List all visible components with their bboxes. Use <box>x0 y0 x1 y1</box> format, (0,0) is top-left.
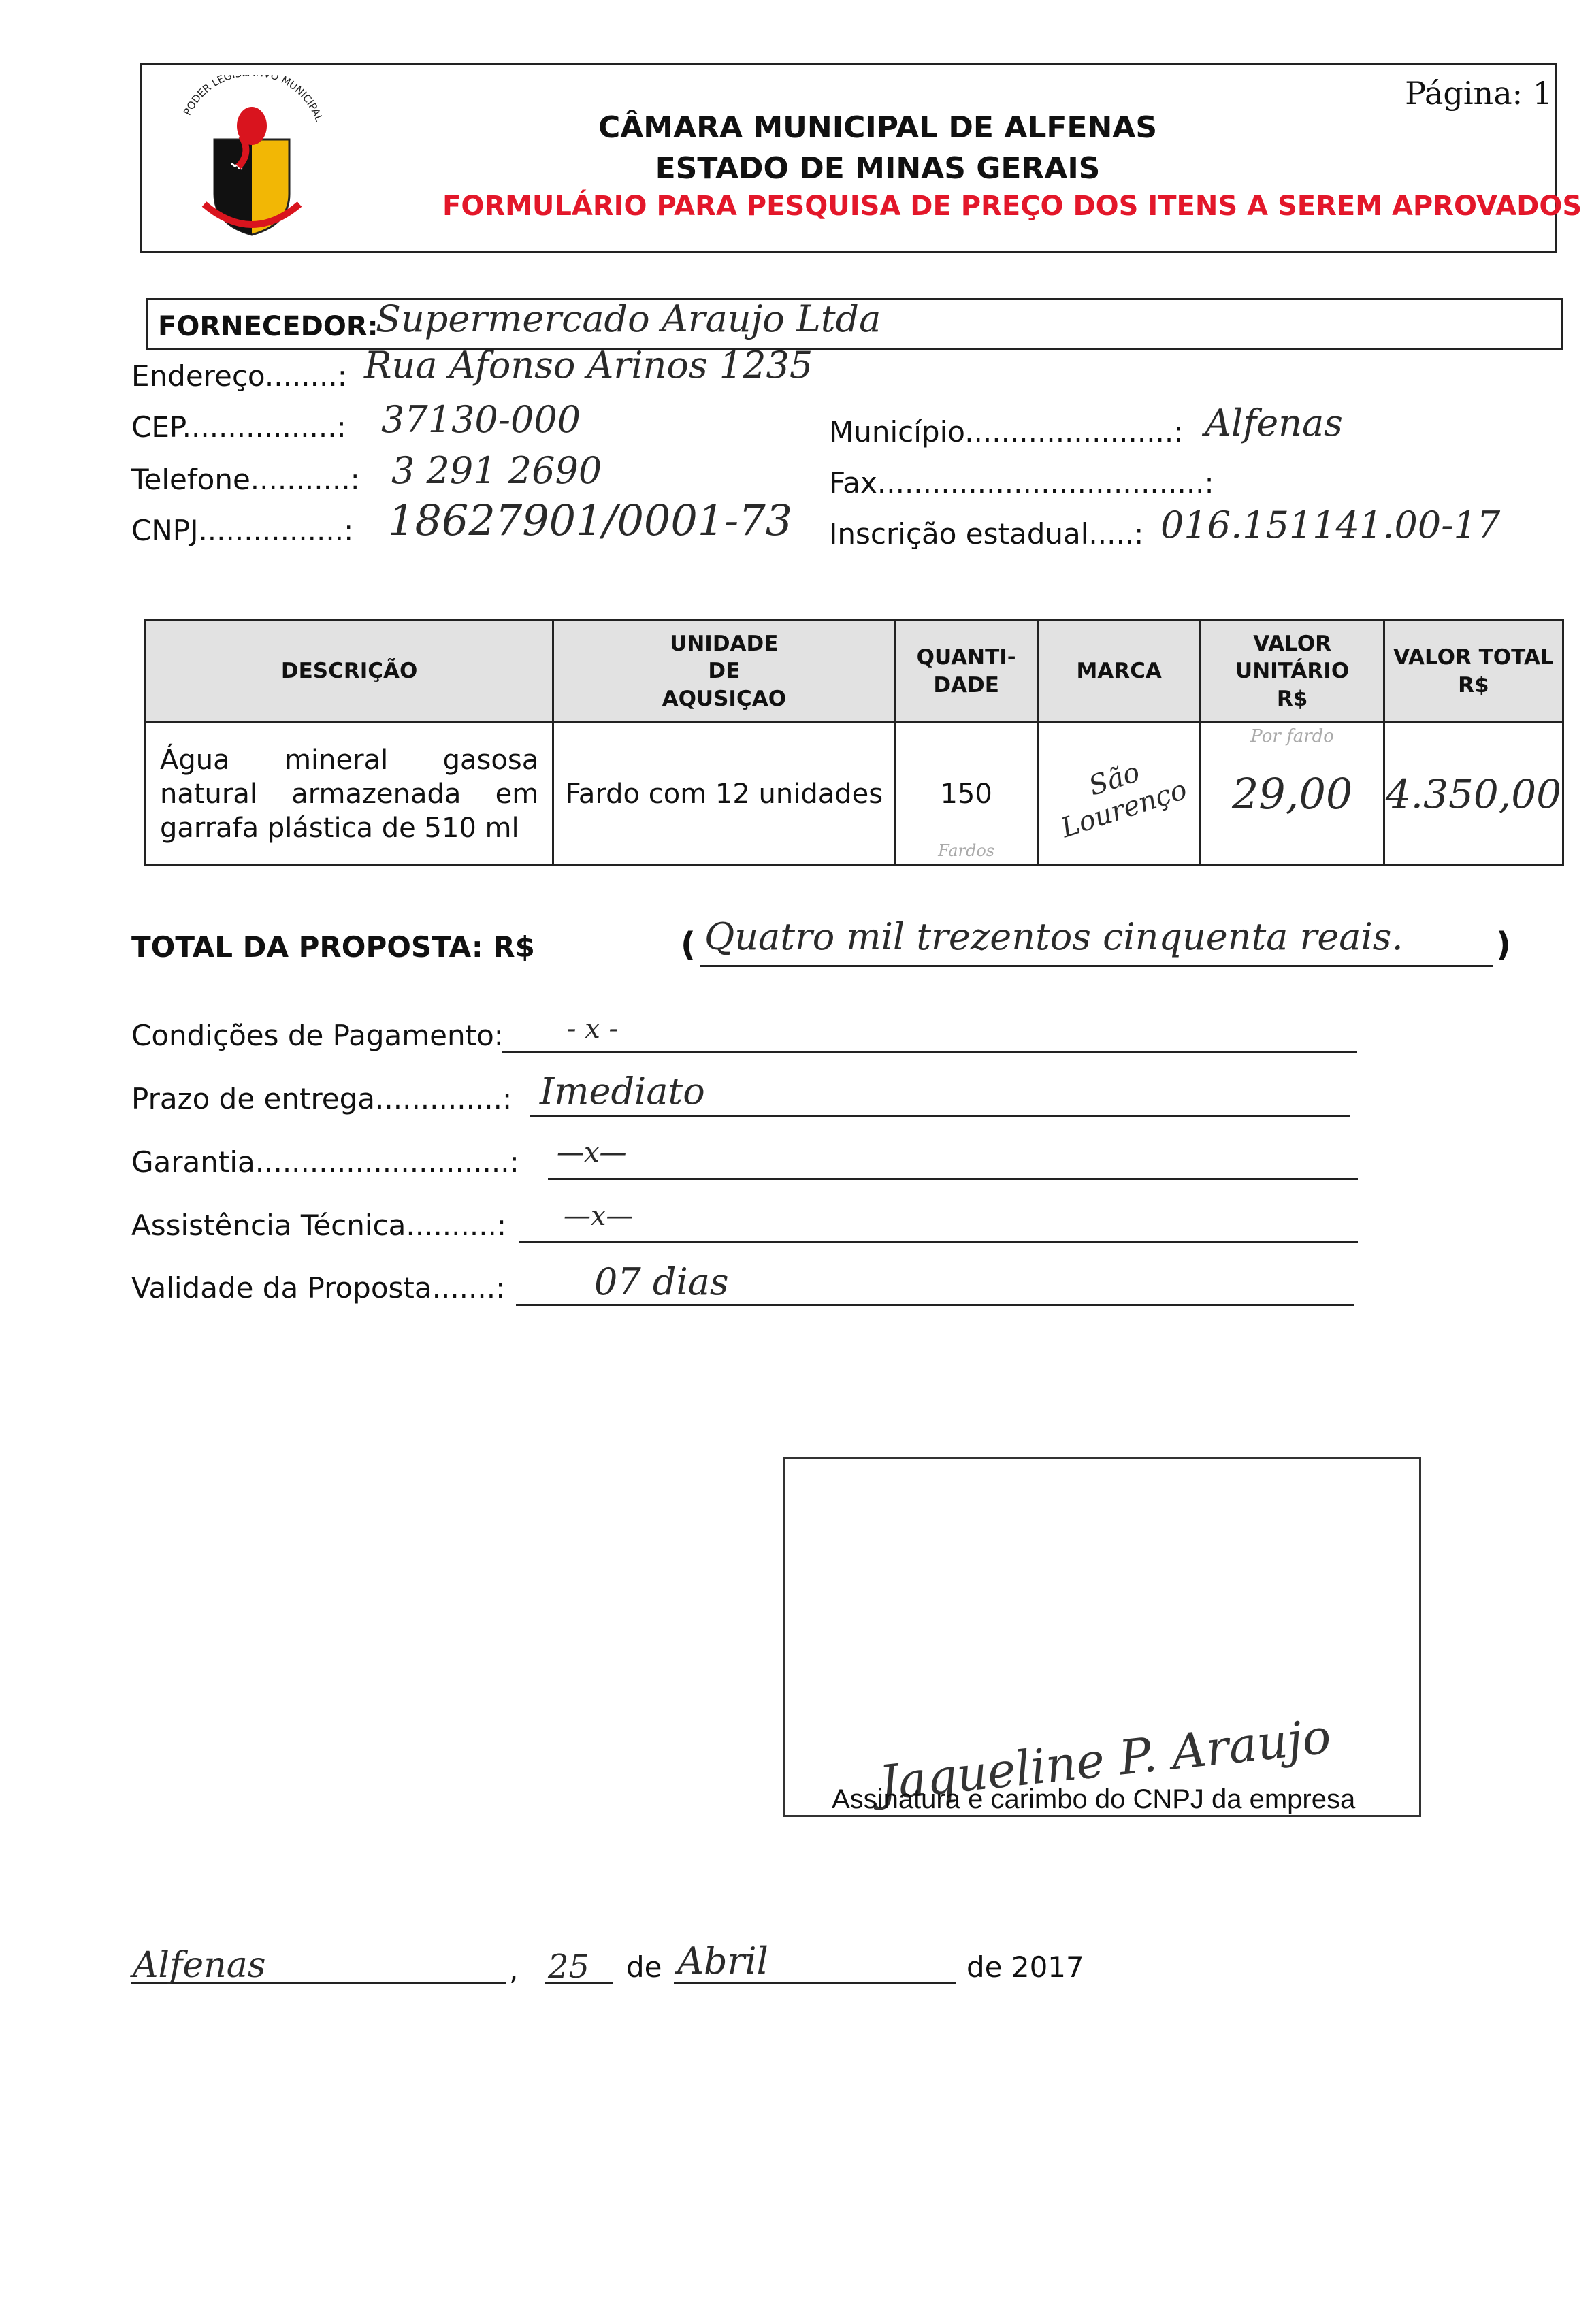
date-year-label: de 2017 <box>966 1950 1084 1984</box>
fax-label: Fax....................................: <box>829 466 1214 500</box>
total-line <box>700 965 1493 967</box>
validity-line <box>516 1304 1354 1306</box>
total-close-paren: ) <box>1496 926 1511 964</box>
item-total-cell[interactable]: 4.350,00 <box>1384 723 1563 866</box>
page-number: Página: 1 <box>1405 75 1553 112</box>
warranty-line <box>548 1178 1358 1180</box>
col-header-unit-price: VALOR UNITÁRIO R$ <box>1201 621 1384 723</box>
state-title: ESTADO DE MINAS GERAIS <box>82 151 1592 186</box>
col-header-brand: MARCA <box>1037 621 1201 723</box>
form-subtitle: FORMULÁRIO PARA PESQUISA DE PREÇO DOS IT… <box>442 191 1582 222</box>
supplier-name-value[interactable]: Supermercado Araujo Ltda <box>376 297 881 340</box>
state-registration-value[interactable]: 016.151141.00-17 <box>1160 504 1500 546</box>
item-brand: São Lourenço <box>1033 740 1205 849</box>
tech-assistance-label: Assistência Técnica..........: <box>131 1209 506 1242</box>
cnpj-label: CNPJ................: <box>131 514 353 547</box>
condition-warranty: Garantia............................: —x… <box>131 1145 1357 1179</box>
item-unit-price-note: Por fardo <box>1201 726 1382 747</box>
date-city-value[interactable]: Alfenas <box>133 1945 265 1986</box>
items-table: DESCRIÇÃO UNIDADE DE AQUSIÇAO QUANTI- DA… <box>144 619 1564 866</box>
municipality-label: Município.......................: <box>829 415 1183 448</box>
col-header-description: DESCRIÇÃO <box>146 621 553 723</box>
payment-terms-line <box>502 1051 1357 1053</box>
cnpj-value[interactable]: 18627901/0001-73 <box>388 495 792 545</box>
supplier-label: FORNECEDOR: <box>158 311 378 342</box>
condition-tech-assistance: Assistência Técnica..........: —x— <box>131 1209 1357 1242</box>
institution-title: CÂMARA MUNICIPAL DE ALFENAS <box>82 110 1592 145</box>
delivery-time-value[interactable]: Imediato <box>540 1070 705 1113</box>
payment-terms-value[interactable]: - x - <box>567 1013 618 1045</box>
condition-delivery: Prazo de entrega..............: Imediato <box>131 1082 1357 1115</box>
table-row: Água mineral gasosa natural armazenada e… <box>146 723 1563 866</box>
condition-payment: Condições de Pagamento: - x - <box>131 1019 1357 1052</box>
validity-value[interactable]: 07 dias <box>594 1260 729 1303</box>
item-quantity: 150 <box>896 779 1035 810</box>
date-month-value[interactable]: Abril <box>677 1940 768 1982</box>
date-de-label: de <box>626 1950 662 1984</box>
item-description: Água mineral gasosa natural armazenada e… <box>146 723 553 866</box>
item-brand-cell[interactable]: São Lourenço <box>1037 723 1201 866</box>
item-unit-price: 29,00 <box>1202 769 1382 819</box>
item-unit: Fardo com 12 unidades <box>553 723 895 866</box>
warranty-label: Garantia............................: <box>131 1145 519 1179</box>
state-registration-label: Inscrição estadual.....: <box>829 517 1143 551</box>
signature-caption: Assinatura e carimbo do CNPJ da empresa <box>832 1784 1355 1815</box>
item-unit-price-cell[interactable]: Por fardo 29,00 <box>1201 723 1384 866</box>
payment-terms-label: Condições de Pagamento: <box>131 1019 504 1052</box>
address-label: Endereço........: <box>131 359 347 393</box>
phone-value[interactable]: 3 291 2690 <box>391 449 602 492</box>
phone-label: Telefone...........: <box>131 463 360 496</box>
warranty-value[interactable]: —x— <box>557 1137 627 1168</box>
table-header-row: DESCRIÇÃO UNIDADE DE AQUSIÇAO QUANTI- DA… <box>146 621 1563 723</box>
delivery-time-line <box>530 1115 1350 1117</box>
municipality-value[interactable]: Alfenas <box>1205 402 1343 444</box>
tech-assistance-line <box>519 1241 1358 1243</box>
item-quantity-cell[interactable]: 150 Fardos <box>895 723 1037 866</box>
item-quantity-note: Fardos <box>896 841 1036 860</box>
total-words-value[interactable]: Quatro mil trezentos cinquenta reais. <box>704 915 1403 958</box>
total-open-paren: ( <box>681 926 696 964</box>
col-header-quantity: QUANTI- DADE <box>895 621 1037 723</box>
delivery-time-label: Prazo de entrega..............: <box>131 1082 512 1115</box>
cep-label: CEP.................: <box>131 410 346 444</box>
item-total: 4.350,00 <box>1386 771 1561 817</box>
validity-label: Validade da Proposta.......: <box>131 1271 505 1305</box>
date-day-value[interactable]: 25 <box>548 1948 589 1986</box>
address-value[interactable]: Rua Afonso Arinos 1235 <box>364 344 813 387</box>
col-header-total: VALOR TOTAL R$ <box>1384 621 1563 723</box>
condition-validity: Validade da Proposta.......: 07 dias <box>131 1271 1357 1305</box>
date-comma: , <box>509 1953 518 1986</box>
month-line <box>674 1982 956 1984</box>
total-label: TOTAL DA PROPOSTA: R$ <box>131 930 535 964</box>
tech-assistance-value[interactable]: —x— <box>564 1200 634 1232</box>
cep-value[interactable]: 37130-000 <box>381 398 581 441</box>
col-header-unit: UNIDADE DE AQUSIÇAO <box>553 621 895 723</box>
